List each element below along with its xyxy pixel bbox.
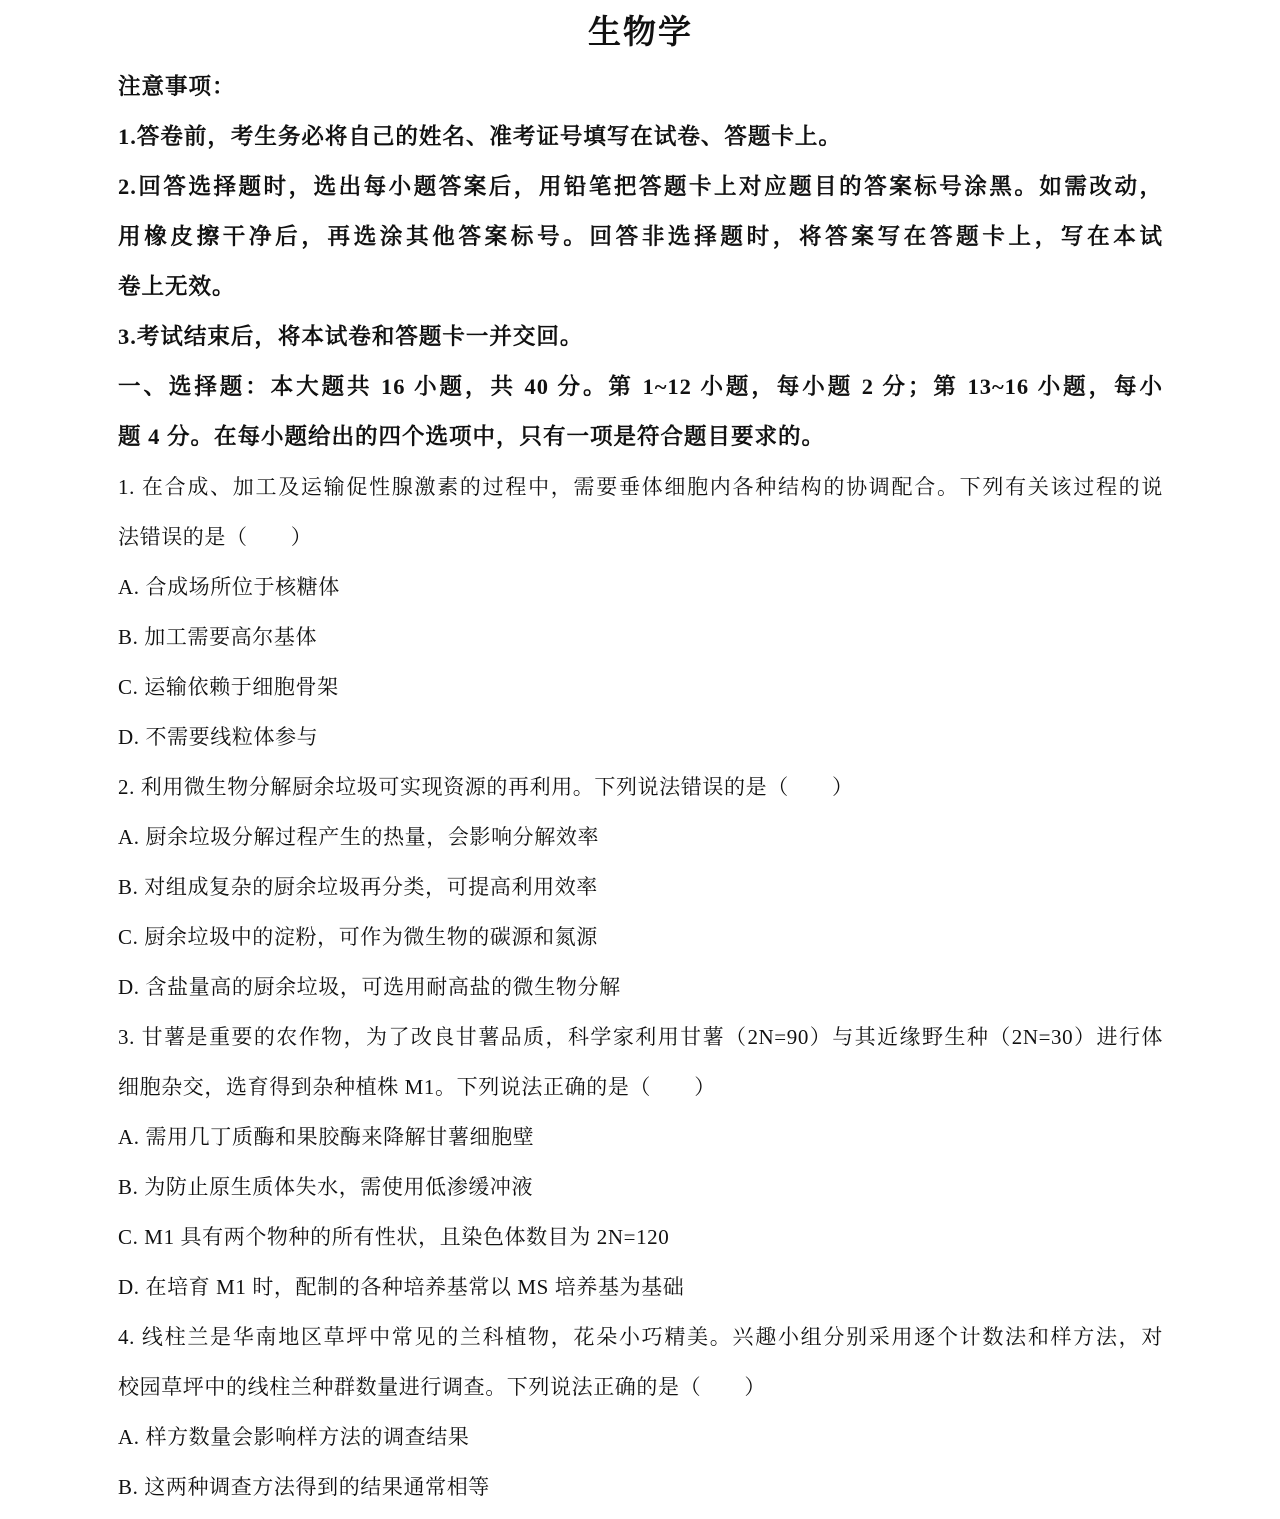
notice-item-2-line-2: 用橡皮擦干净后，再选涂其他答案标号。回答非选择题时，将答案写在答题卡上，写在本试 (118, 212, 1163, 262)
question-1-stem-line-2: 法错误的是（ ） (118, 512, 1163, 562)
notice-item-3: 3.考试结束后，将本试卷和答题卡一并交回。 (118, 312, 1163, 362)
exam-paper-page: 生物学 注意事项： 1.答卷前，考生务必将自己的姓名、准考证号填写在试卷、答题卡… (0, 0, 1280, 1519)
question-3-option-c: C. M1 具有两个物种的所有性状，且染色体数目为 2N=120 (118, 1212, 1163, 1262)
question-3-option-a: A. 需用几丁质酶和果胶酶来降解甘薯细胞壁 (118, 1112, 1163, 1162)
page-title: 生物学 (118, 4, 1163, 62)
question-1-option-d: D. 不需要线粒体参与 (118, 712, 1163, 762)
question-2-option-a: A. 厨余垃圾分解过程产生的热量，会影响分解效率 (118, 812, 1163, 862)
notice-item-1: 1.答卷前，考生务必将自己的姓名、准考证号填写在试卷、答题卡上。 (118, 112, 1163, 162)
section-header-line-2: 题 4 分。在每小题给出的四个选项中，只有一项是符合题目要求的。 (118, 412, 1163, 462)
question-2-option-c: C. 厨余垃圾中的淀粉，可作为微生物的碳源和氮源 (118, 912, 1163, 962)
question-4-option-a: A. 样方数量会影响样方法的调查结果 (118, 1412, 1163, 1462)
question-2-stem-line-1: 2. 利用微生物分解厨余垃圾可实现资源的再利用。下列说法错误的是（ ） (118, 762, 1163, 812)
question-4-stem-line-1: 4. 线柱兰是华南地区草坪中常见的兰科植物，花朵小巧精美。兴趣小组分别采用逐个计… (118, 1312, 1163, 1362)
section-header-line-1: 一、选择题：本大题共 16 小题，共 40 分。第 1~12 小题，每小题 2 … (118, 362, 1163, 412)
question-3-option-b: B. 为防止原生质体失水，需使用低渗缓冲液 (118, 1162, 1163, 1212)
question-2-option-d: D. 含盐量高的厨余垃圾，可选用耐高盐的微生物分解 (118, 962, 1163, 1012)
question-3-stem-line-1: 3. 甘薯是重要的农作物，为了改良甘薯品质，科学家利用甘薯（2N=90）与其近缘… (118, 1012, 1163, 1062)
question-1-option-c: C. 运输依赖于细胞骨架 (118, 662, 1163, 712)
question-4-option-b: B. 这两种调查方法得到的结果通常相等 (118, 1462, 1163, 1512)
question-1-stem-line-1: 1. 在合成、加工及运输促性腺激素的过程中，需要垂体细胞内各种结构的协调配合。下… (118, 462, 1163, 512)
question-1-option-a: A. 合成场所位于核糖体 (118, 562, 1163, 612)
notice-item-2-line-3: 卷上无效。 (118, 262, 1163, 312)
question-1-option-b: B. 加工需要高尔基体 (118, 612, 1163, 662)
question-2-option-b: B. 对组成复杂的厨余垃圾再分类，可提高利用效率 (118, 862, 1163, 912)
question-3-option-d: D. 在培育 M1 时，配制的各种培养基常以 MS 培养基为基础 (118, 1262, 1163, 1312)
notice-item-2-line-1: 2.回答选择题时，选出每小题答案后，用铅笔把答题卡上对应题目的答案标号涂黑。如需… (118, 162, 1163, 212)
notice-heading: 注意事项： (118, 62, 1163, 112)
question-3-stem-line-2: 细胞杂交，选育得到杂种植株 M1。下列说法正确的是（ ） (118, 1062, 1163, 1112)
question-4-stem-line-2: 校园草坪中的线柱兰种群数量进行调查。下列说法正确的是（ ） (118, 1362, 1163, 1412)
